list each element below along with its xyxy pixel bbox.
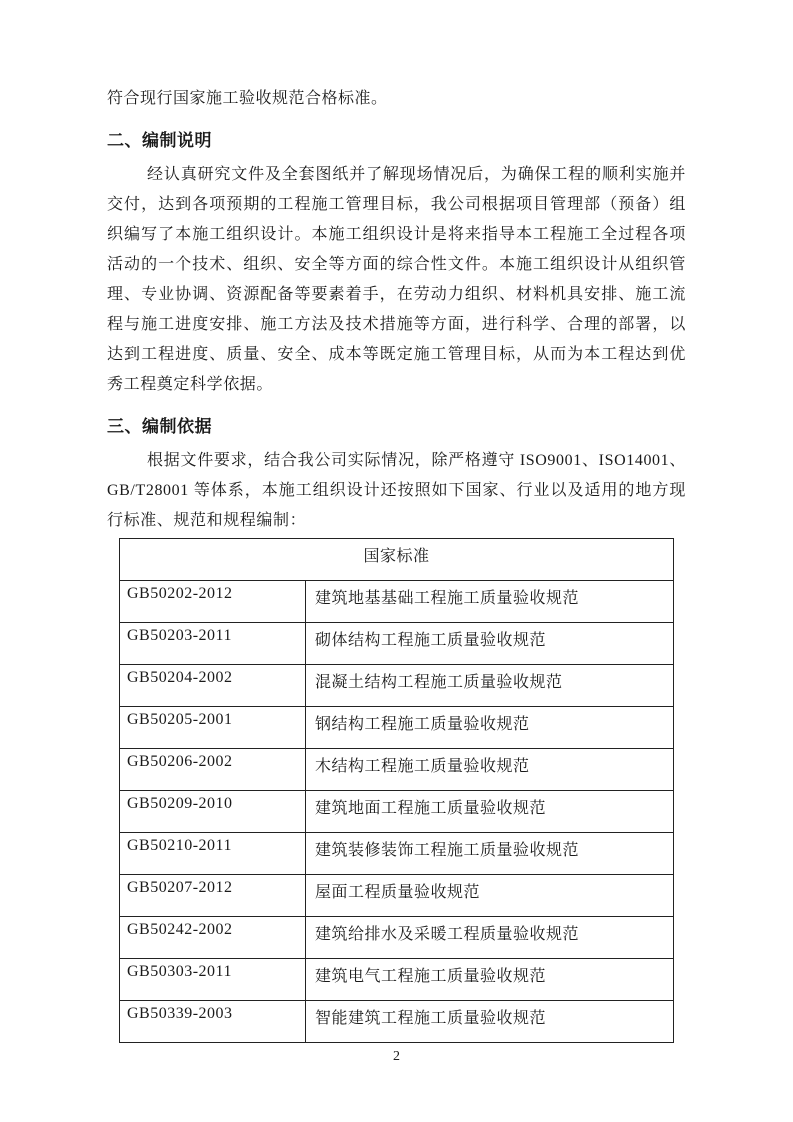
- standard-title: 砌体结构工程施工质量验收规范: [306, 623, 674, 665]
- standard-title: 建筑地基基础工程施工质量验收规范: [306, 581, 674, 623]
- standard-code: GB50209-2010: [120, 791, 306, 833]
- standard-title: 屋面工程质量验收规范: [306, 875, 674, 917]
- standard-code: GB50207-2012: [120, 875, 306, 917]
- standard-title: 建筑给排水及采暖工程质量验收规范: [306, 917, 674, 959]
- standard-title: 建筑装修装饰工程施工质量验收规范: [306, 833, 674, 875]
- table-row: GB50242-2002 建筑给排水及采暖工程质量验收规范: [120, 917, 674, 959]
- table-row: GB50209-2010 建筑地面工程施工质量验收规范: [120, 791, 674, 833]
- standard-code: GB50210-2011: [120, 833, 306, 875]
- table-row: GB50339-2003 智能建筑工程施工质量验收规范: [120, 1001, 674, 1043]
- table-row: GB50206-2002 木结构工程施工质量验收规范: [120, 749, 674, 791]
- table-header-cell: 国家标准: [120, 539, 674, 581]
- table-row: GB50207-2012 屋面工程质量验收规范: [120, 875, 674, 917]
- standard-code: GB50202-2012: [120, 581, 306, 623]
- standard-code: GB50339-2003: [120, 1001, 306, 1043]
- standard-code: GB50203-2011: [120, 623, 306, 665]
- standard-code: GB50204-2002: [120, 665, 306, 707]
- page-content: 符合现行国家施工验收规范合格标准。 二、编制说明 经认真研究文件及全套图纸并了解…: [107, 84, 686, 1043]
- table-row: GB50203-2011 砌体结构工程施工质量验收规范: [120, 623, 674, 665]
- section-2-heading: 二、编制说明: [107, 126, 686, 156]
- document-page: 符合现行国家施工验收规范合格标准。 二、编制说明 经认真研究文件及全套图纸并了解…: [0, 0, 793, 1122]
- table-row: GB50202-2012 建筑地基基础工程施工质量验收规范: [120, 581, 674, 623]
- section-2-paragraph: 经认真研究文件及全套图纸并了解现场情况后，为确保工程的顺利实施并交付，达到各项预…: [107, 160, 686, 400]
- standard-title: 建筑电气工程施工质量验收规范: [306, 959, 674, 1001]
- standard-code: GB50205-2001: [120, 707, 306, 749]
- table-row: GB50303-2011 建筑电气工程施工质量验收规范: [120, 959, 674, 1001]
- standard-title: 建筑地面工程施工质量验收规范: [306, 791, 674, 833]
- section-3-paragraph: 根据文件要求，结合我公司实际情况，除严格遵守 ISO9001、ISO14001、…: [107, 446, 686, 536]
- table-header-row: 国家标准: [120, 539, 674, 581]
- page-number: 2: [0, 1047, 793, 1067]
- standard-title: 混凝土结构工程施工质量验收规范: [306, 665, 674, 707]
- standard-title: 智能建筑工程施工质量验收规范: [306, 1001, 674, 1043]
- table-row: GB50205-2001 钢结构工程施工质量验收规范: [120, 707, 674, 749]
- table-row: GB50204-2002 混凝土结构工程施工质量验收规范: [120, 665, 674, 707]
- table-row: GB50210-2011 建筑装修装饰工程施工质量验收规范: [120, 833, 674, 875]
- standard-code: GB50242-2002: [120, 917, 306, 959]
- section-3-heading: 三、编制依据: [107, 412, 686, 442]
- standard-code: GB50206-2002: [120, 749, 306, 791]
- standard-code: GB50303-2011: [120, 959, 306, 1001]
- national-standards-table: 国家标准 GB50202-2012 建筑地基基础工程施工质量验收规范 GB502…: [119, 538, 674, 1043]
- intro-line: 符合现行国家施工验收规范合格标准。: [107, 84, 686, 114]
- standard-title: 木结构工程施工质量验收规范: [306, 749, 674, 791]
- standard-title: 钢结构工程施工质量验收规范: [306, 707, 674, 749]
